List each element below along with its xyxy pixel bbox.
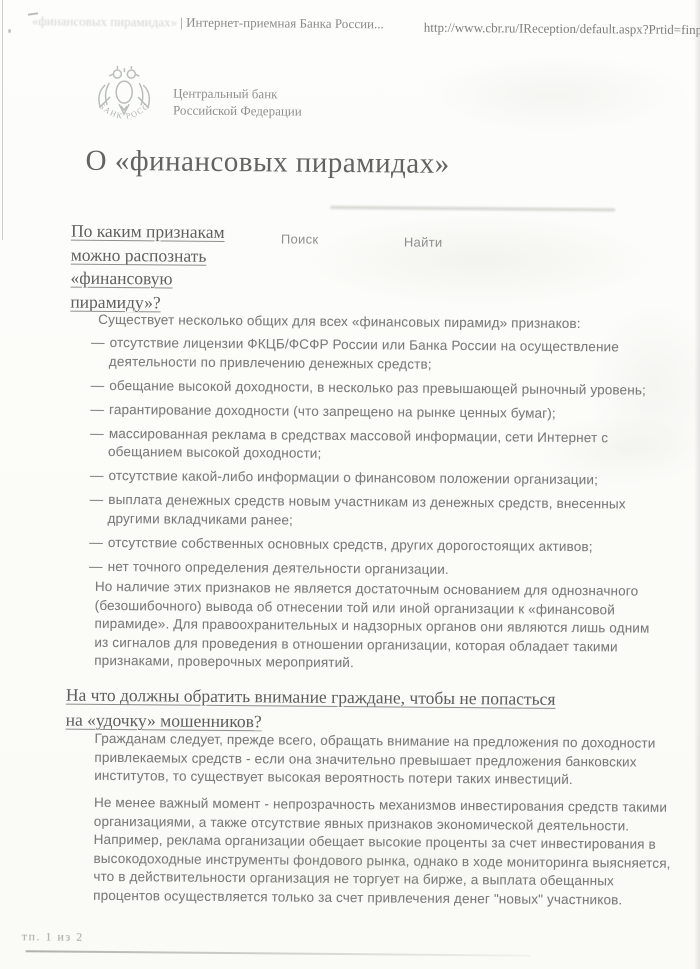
question1-link[interactable]: По каким признакамможно распознать«финан… [70,220,276,316]
print-header-title-faded: «финансовых пирамидах» [32,13,177,29]
citizens-paragraph: Гражданам следует, прежде всего, обращат… [94,730,679,791]
bank-of-russia-emblem-icon: БАНК РОССИИ [89,61,160,134]
question1-line[interactable]: «финансовую [70,267,275,292]
note-paragraph: Но наличие этих признаков не является до… [94,578,660,675]
print-header-title: «финансовых пирамидах» | Интернет-приемн… [32,13,384,32]
bank-name-line1: Центральный банк [173,85,302,103]
list-dash-marker: — [90,425,104,440]
bank-name-line2: Российской Федерации [173,102,302,120]
question1-line[interactable]: По каким признакам [71,220,276,245]
scan-showthrough-line [330,206,615,211]
sign-text: отсутствие лицензии ФКЦБ/ФСФР России или… [109,335,619,371]
scanned-page: «финансовых пирамидах» | Интернет-приемн… [0,0,700,969]
print-header-title-rest: | Интернет-приемная Банка России... [177,15,384,32]
search-button[interactable]: Найти [404,235,443,250]
sign-list-item: —отсутствие какой-либо информации о фина… [90,467,650,490]
scan-edge-right [694,0,700,969]
scan-edge-left [2,0,3,240]
list-dash-marker: — [89,534,103,549]
sign-list-item: —нет точного определения деятельности ор… [89,557,649,580]
bank-name: Центральный банк Российской Федерации [173,85,302,120]
sign-list-item: —отсутствие лицензии ФКЦБ/ФСФР России ил… [91,334,651,376]
footer-rule [26,950,531,956]
list-dash-marker: — [91,377,105,392]
list-dash-marker: — [89,558,103,573]
sign-list-item: —массированная реклама в средствах массо… [90,424,650,466]
sign-list-item: —обещание высокой доходности, в нескольк… [91,376,651,399]
sign-text: обещание высокой доходности, в несколько… [109,377,646,397]
search-input-label[interactable]: Поиск [281,231,319,246]
list-dash-marker: — [91,335,105,350]
sign-list-item: —выплата денежных средств новым участник… [89,491,649,533]
page-title: О «финансовых пирамидах» [85,145,449,181]
sign-text: нет точного определения деятельности орг… [108,558,449,576]
sign-text: выплата денежных средств новым участника… [107,492,625,527]
scan-sheet: «финансовых пирамидах» | Интернет-приемн… [0,0,700,969]
intro-paragraph: Существует несколько общих для всех «фин… [98,311,668,334]
sign-text: массированная реклама в средствах массов… [108,425,608,460]
list-dash-marker: — [90,468,104,483]
question1-line[interactable]: можно распознать [71,243,276,268]
scan-mark-dot [8,29,11,33]
list-dash-marker: — [90,401,104,416]
transparency-paragraph: Не менее важный момент - непрозрачность … [93,794,684,910]
list-dash-marker: — [90,492,104,507]
sign-list-item: —гарантирование доходности (что запрещен… [90,400,650,423]
sign-text: гарантирование доходности (что запрещено… [109,401,556,420]
print-header-url: http://www.cbr.ru/IReception/default.asp… [424,20,700,39]
page-number-indicator: тп. 1 из 2 [22,929,84,945]
sign-text: отсутствие собственных основных средств,… [108,534,593,553]
sign-list-item: —отсутствие собственных основных средств… [89,533,649,556]
signs-list: —отсутствие лицензии ФКЦБ/ФСФР России ил… [89,334,651,586]
sign-text: отсутствие какой-либо информации о финан… [108,468,598,487]
